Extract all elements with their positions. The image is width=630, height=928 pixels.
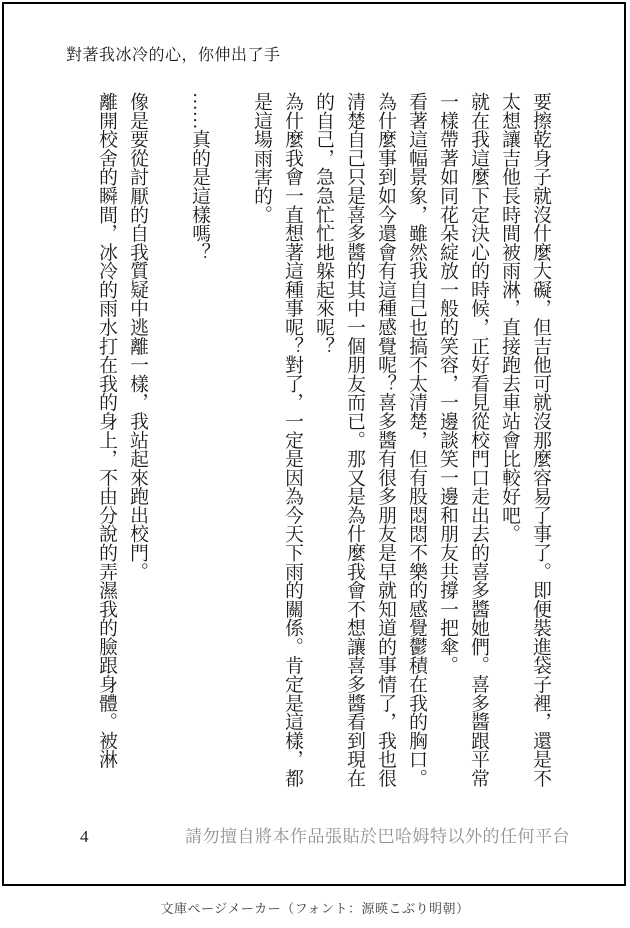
book-page: 對著我冰冷的心，你伸出了手 要擦乾身子就沒什麼大礙，但吉他可就沒那麼容易了事了。… (0, 0, 630, 928)
tool-caption: 文庫ページメーカー（フォント：源暎こぶり明朝） (0, 898, 630, 917)
body-paragraph: 為什麼我會一直想著這種事呢？對了，一定是因為今天下雨的關係。肯定是這樣，都是這場… (246, 92, 308, 792)
page-number: 4 (80, 827, 89, 847)
body-paragraph: 看著這幅景象，雖然我自己也搞不太清楚，但有股悶悶不樂的感覺鬱積在我的胸口。 (401, 92, 432, 792)
monologue-line: ……真的是這樣嗎？ (184, 92, 215, 792)
blank-line (215, 92, 246, 792)
blank-line (153, 92, 184, 792)
copyright-notice: 請勿擅自將本作品張貼於巴哈姆特以外的任何平台 (185, 822, 570, 847)
body-paragraph: 為什麼事到如今還會有這種感覺呢？喜多醬有很多朋友是早就知道的事情了，我也很清楚自… (308, 92, 401, 792)
page-footer: 4 請勿擅自將本作品張貼於巴哈姆特以外的任何平台 (80, 822, 570, 847)
chapter-title: 對著我冰冷的心，你伸出了手 (66, 42, 281, 65)
body-paragraph: 要擦乾身子就沒什麼大礙，但吉他可就沒那麼容易了事了。即便裝進袋子裡，還是不太想讓… (494, 92, 556, 792)
body-paragraph: 就在我這麼下定決心的時候，正好看見從校門口走出去的喜多醬她們。喜多醬跟平常一樣帶… (432, 92, 494, 792)
body-paragraph: 像是要從討厭的自我質疑中逃離一樣，我站起來跑出校門。 (122, 92, 153, 792)
body-paragraph: 離開校舍的瞬間，冰冷的雨水打在我的身上，不由分說的弄濕我的臉跟身體。被淋 (91, 92, 122, 792)
body-text: 要擦乾身子就沒什麼大礙，但吉他可就沒那麼容易了事了。即便裝進袋子裡，還是不太想讓… (91, 92, 556, 792)
